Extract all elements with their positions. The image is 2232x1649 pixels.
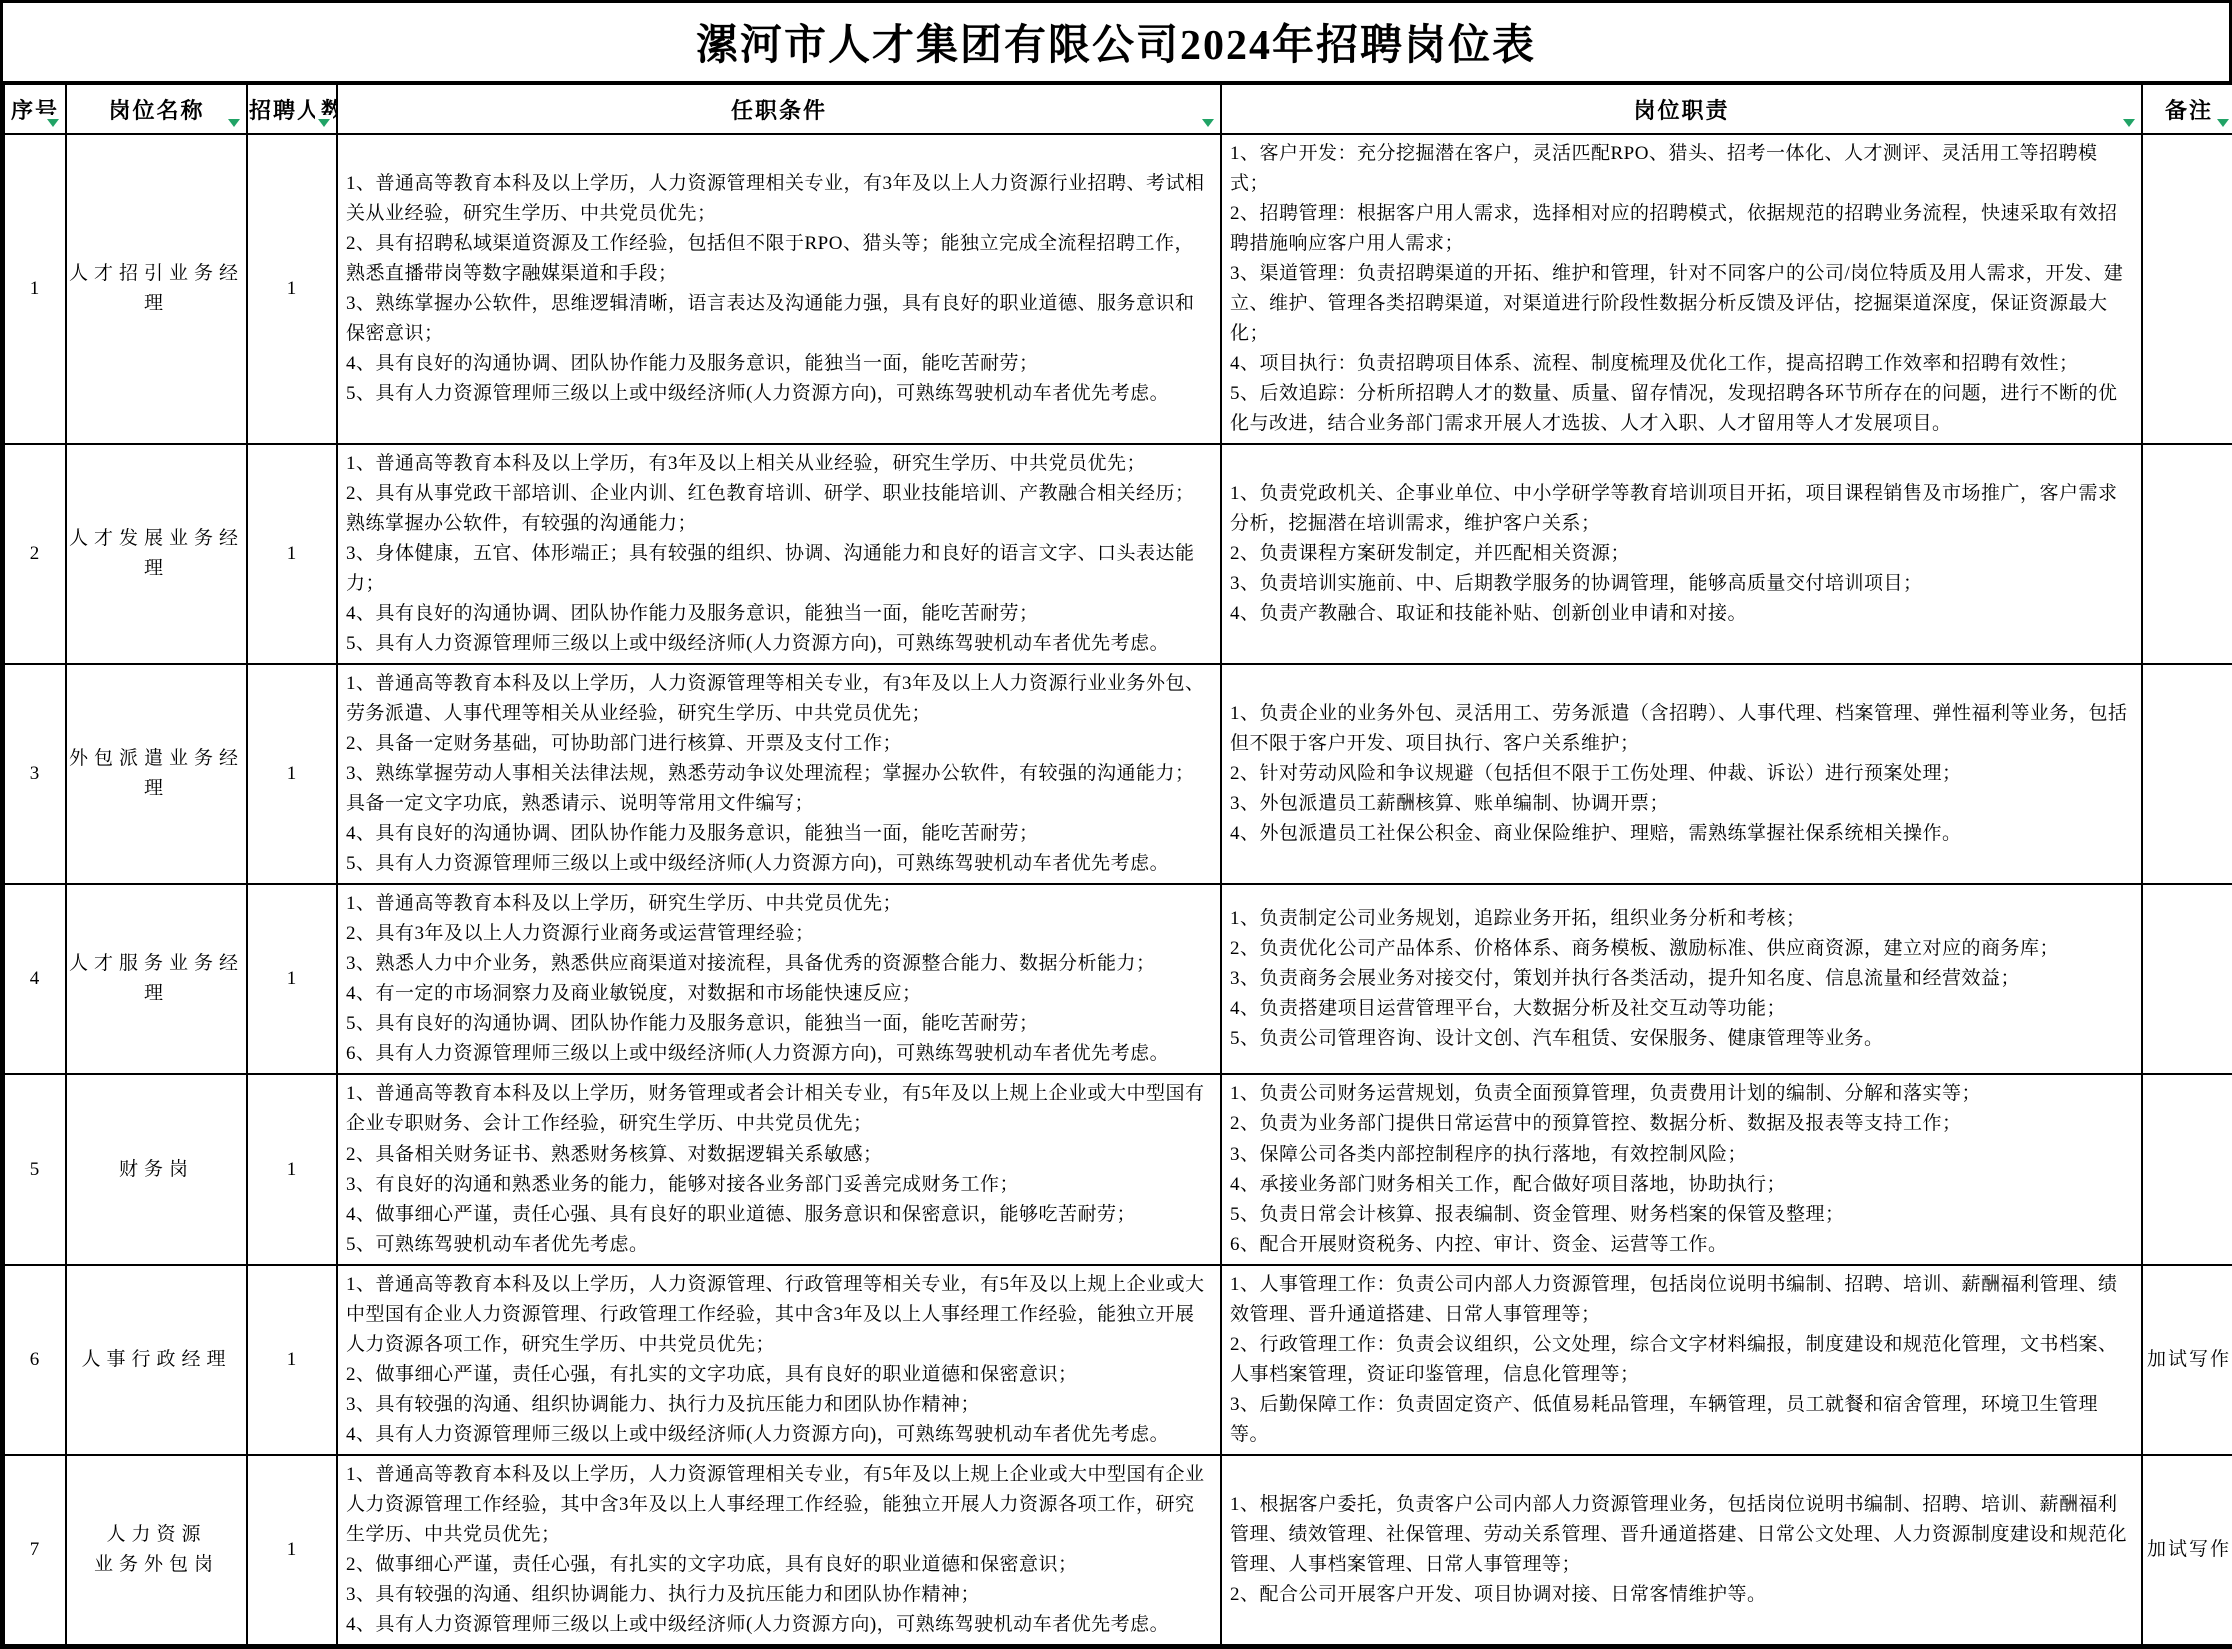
duties-text: 1、客户开发：充分挖掘潜在客户，灵活匹配RPO、猎头、招考一体化、人才测评、灵活… xyxy=(1230,139,2133,439)
duties-text: 1、根据客户委托，负责客户公司内部人力资源管理业务，包括岗位说明书编制、招聘、培… xyxy=(1230,1490,2133,1610)
positions-table: 序号 岗位名称 招聘人数 任职条件 岗位职责 xyxy=(3,83,2232,1646)
cell-requirements: 1、普通高等教育本科及以上学历，人力资源管理等相关专业，有3年及以上人力资源行业… xyxy=(337,664,1221,884)
cell-remark xyxy=(2142,444,2232,664)
column-header-position-label: 岗位名称 xyxy=(108,98,204,123)
cell-position-name: 人才服务业务经理 xyxy=(66,884,247,1074)
cell-remark xyxy=(2142,884,2232,1074)
cell-index: 5 xyxy=(4,1074,66,1264)
cell-requirements: 1、普通高等教育本科及以上学历，人力资源管理、行政管理等相关专业，有5年及以上规… xyxy=(337,1265,1221,1455)
table-row: 7 人力资源 业务外包岗 1 1、普通高等教育本科及以上学历，人力资源管理相关专… xyxy=(4,1455,2232,1645)
duties-text: 1、负责企业的业务外包、灵活用工、劳务派遣（含招聘）、人事代理、档案管理、弹性福… xyxy=(1230,699,2133,849)
column-header-remark: 备注 xyxy=(2142,84,2232,134)
cell-index: 2 xyxy=(4,444,66,664)
cell-headcount: 1 xyxy=(247,134,337,444)
table-row: 3 外包派遣业务经理 1 1、普通高等教育本科及以上学历，人力资源管理等相关专业… xyxy=(4,664,2232,884)
cell-duties: 1、根据客户委托，负责客户公司内部人力资源管理业务，包括岗位说明书编制、招聘、培… xyxy=(1221,1455,2142,1645)
cell-duties: 1、人事管理工作：负责公司内部人力资源管理，包括岗位说明书编制、招聘、培训、薪酬… xyxy=(1221,1265,2142,1455)
cell-duties: 1、客户开发：充分挖掘潜在客户，灵活匹配RPO、猎头、招考一体化、人才测评、灵活… xyxy=(1221,134,2142,444)
column-header-duties-label: 岗位职责 xyxy=(1633,98,1729,123)
cell-index: 3 xyxy=(4,664,66,884)
cell-requirements: 1、普通高等教育本科及以上学历，人力资源管理相关专业，有5年及以上规上企业或大中… xyxy=(337,1455,1221,1645)
table-row: 1 人才招引业务经理 1 1、普通高等教育本科及以上学历，人力资源管理相关专业，… xyxy=(4,134,2232,444)
requirements-text: 1、普通高等教育本科及以上学历，人力资源管理相关专业，有5年及以上规上企业或大中… xyxy=(346,1460,1212,1640)
cell-index: 1 xyxy=(4,134,66,444)
duties-text: 1、负责公司财务运营规划，负责全面预算管理，负责费用计划的编制、分解和落实等； … xyxy=(1230,1079,2133,1259)
requirements-text: 1、普通高等教育本科及以上学历，有3年及以上相关从业经验，研究生学历、中共党员优… xyxy=(346,449,1212,659)
cell-position-name: 人才招引业务经理 xyxy=(66,134,247,444)
table-row: 2 人才发展业务经理 1 1、普通高等教育本科及以上学历，有3年及以上相关从业经… xyxy=(4,444,2232,664)
cell-position-name: 人事行政经理 xyxy=(66,1265,247,1455)
requirements-text: 1、普通高等教育本科及以上学历，研究生学历、中共党员优先； 2、具有3年及以上人… xyxy=(346,889,1212,1069)
requirements-text: 1、普通高等教育本科及以上学历，人力资源管理等相关专业，有3年及以上人力资源行业… xyxy=(346,669,1212,879)
table-row: 4 人才服务业务经理 1 1、普通高等教育本科及以上学历，研究生学历、中共党员优… xyxy=(4,884,2232,1074)
filter-dropdown-icon[interactable] xyxy=(2214,115,2232,130)
cell-remark: 加试写作 xyxy=(2142,1455,2232,1645)
chevron-down-icon xyxy=(2217,119,2229,127)
requirements-text: 1、普通高等教育本科及以上学历，人力资源管理、行政管理等相关专业，有5年及以上规… xyxy=(346,1270,1212,1450)
column-header-position: 岗位名称 xyxy=(66,84,247,134)
chevron-down-icon xyxy=(1202,119,1214,127)
column-header-index: 序号 xyxy=(4,84,66,134)
requirements-text: 1、普通高等教育本科及以上学历，人力资源管理相关专业，有3年及以上人力资源行业招… xyxy=(346,169,1212,409)
recruitment-positions-sheet: 漯河市人才集团有限公司2024年招聘岗位表 序号 岗位名称 招聘人数 xyxy=(0,0,2232,1649)
filter-dropdown-icon[interactable] xyxy=(2120,115,2138,130)
cell-requirements: 1、普通高等教育本科及以上学历，有3年及以上相关从业经验，研究生学历、中共党员优… xyxy=(337,444,1221,664)
cell-requirements: 1、普通高等教育本科及以上学历，研究生学历、中共党员优先； 2、具有3年及以上人… xyxy=(337,884,1221,1074)
column-header-headcount: 招聘人数 xyxy=(247,84,337,134)
cell-index: 6 xyxy=(4,1265,66,1455)
table-row: 5 财务岗 1 1、普通高等教育本科及以上学历，财务管理或者会计相关专业，有5年… xyxy=(4,1074,2232,1264)
filter-dropdown-icon[interactable] xyxy=(1199,115,1217,130)
chevron-down-icon xyxy=(47,119,59,127)
cell-position-name: 人才发展业务经理 xyxy=(66,444,247,664)
cell-remark xyxy=(2142,134,2232,444)
header-row: 序号 岗位名称 招聘人数 任职条件 岗位职责 xyxy=(4,84,2232,134)
column-header-remark-label: 备注 xyxy=(2165,98,2213,123)
cell-headcount: 1 xyxy=(247,664,337,884)
duties-text: 1、人事管理工作：负责公司内部人力资源管理，包括岗位说明书编制、招聘、培训、薪酬… xyxy=(1230,1270,2133,1450)
cell-headcount: 1 xyxy=(247,884,337,1074)
filter-dropdown-icon[interactable] xyxy=(44,115,62,130)
title-band: 漯河市人才集团有限公司2024年招聘岗位表 xyxy=(3,3,2229,83)
cell-remark xyxy=(2142,664,2232,884)
duties-text: 1、负责党政机关、企事业单位、中小学研学等教育培训项目开拓，项目课程销售及市场推… xyxy=(1230,479,2133,629)
cell-duties: 1、负责制定公司业务规划，追踪业务开拓，组织业务分析和考核； 2、负责优化公司产… xyxy=(1221,884,2142,1074)
cell-requirements: 1、普通高等教育本科及以上学历，人力资源管理相关专业，有3年及以上人力资源行业招… xyxy=(337,134,1221,444)
chevron-down-icon xyxy=(228,119,240,127)
column-header-requirements-label: 任职条件 xyxy=(731,98,827,123)
cell-remark xyxy=(2142,1074,2232,1264)
cell-duties: 1、负责公司财务运营规划，负责全面预算管理，负责费用计划的编制、分解和落实等； … xyxy=(1221,1074,2142,1264)
cell-remark: 加试写作 xyxy=(2142,1265,2232,1455)
cell-position-name: 财务岗 xyxy=(66,1074,247,1264)
column-header-duties: 岗位职责 xyxy=(1221,84,2142,134)
cell-requirements: 1、普通高等教育本科及以上学历，财务管理或者会计相关专业，有5年及以上规上企业或… xyxy=(337,1074,1221,1264)
cell-headcount: 1 xyxy=(247,1455,337,1645)
cell-position-name: 人力资源 业务外包岗 xyxy=(66,1455,247,1645)
cell-index: 4 xyxy=(4,884,66,1074)
cell-headcount: 1 xyxy=(247,1265,337,1455)
duties-text: 1、负责制定公司业务规划，追踪业务开拓，组织业务分析和考核； 2、负责优化公司产… xyxy=(1230,904,2133,1054)
requirements-text: 1、普通高等教育本科及以上学历，财务管理或者会计相关专业，有5年及以上规上企业或… xyxy=(346,1079,1212,1259)
cell-headcount: 1 xyxy=(247,444,337,664)
column-header-requirements: 任职条件 xyxy=(337,84,1221,134)
page-title: 漯河市人才集团有限公司2024年招聘岗位表 xyxy=(696,12,1536,72)
cell-position-name: 外包派遣业务经理 xyxy=(66,664,247,884)
chevron-down-icon xyxy=(2123,119,2135,127)
filter-dropdown-icon[interactable] xyxy=(315,115,333,130)
cell-headcount: 1 xyxy=(247,1074,337,1264)
cell-index: 7 xyxy=(4,1455,66,1645)
table-row: 6 人事行政经理 1 1、普通高等教育本科及以上学历，人力资源管理、行政管理等相… xyxy=(4,1265,2232,1455)
filter-dropdown-icon[interactable] xyxy=(225,115,243,130)
chevron-down-icon xyxy=(318,119,330,127)
cell-duties: 1、负责党政机关、企事业单位、中小学研学等教育培训项目开拓，项目课程销售及市场推… xyxy=(1221,444,2142,664)
cell-duties: 1、负责企业的业务外包、灵活用工、劳务派遣（含招聘）、人事代理、档案管理、弹性福… xyxy=(1221,664,2142,884)
table-body: 1 人才招引业务经理 1 1、普通高等教育本科及以上学历，人力资源管理相关专业，… xyxy=(4,134,2232,1645)
